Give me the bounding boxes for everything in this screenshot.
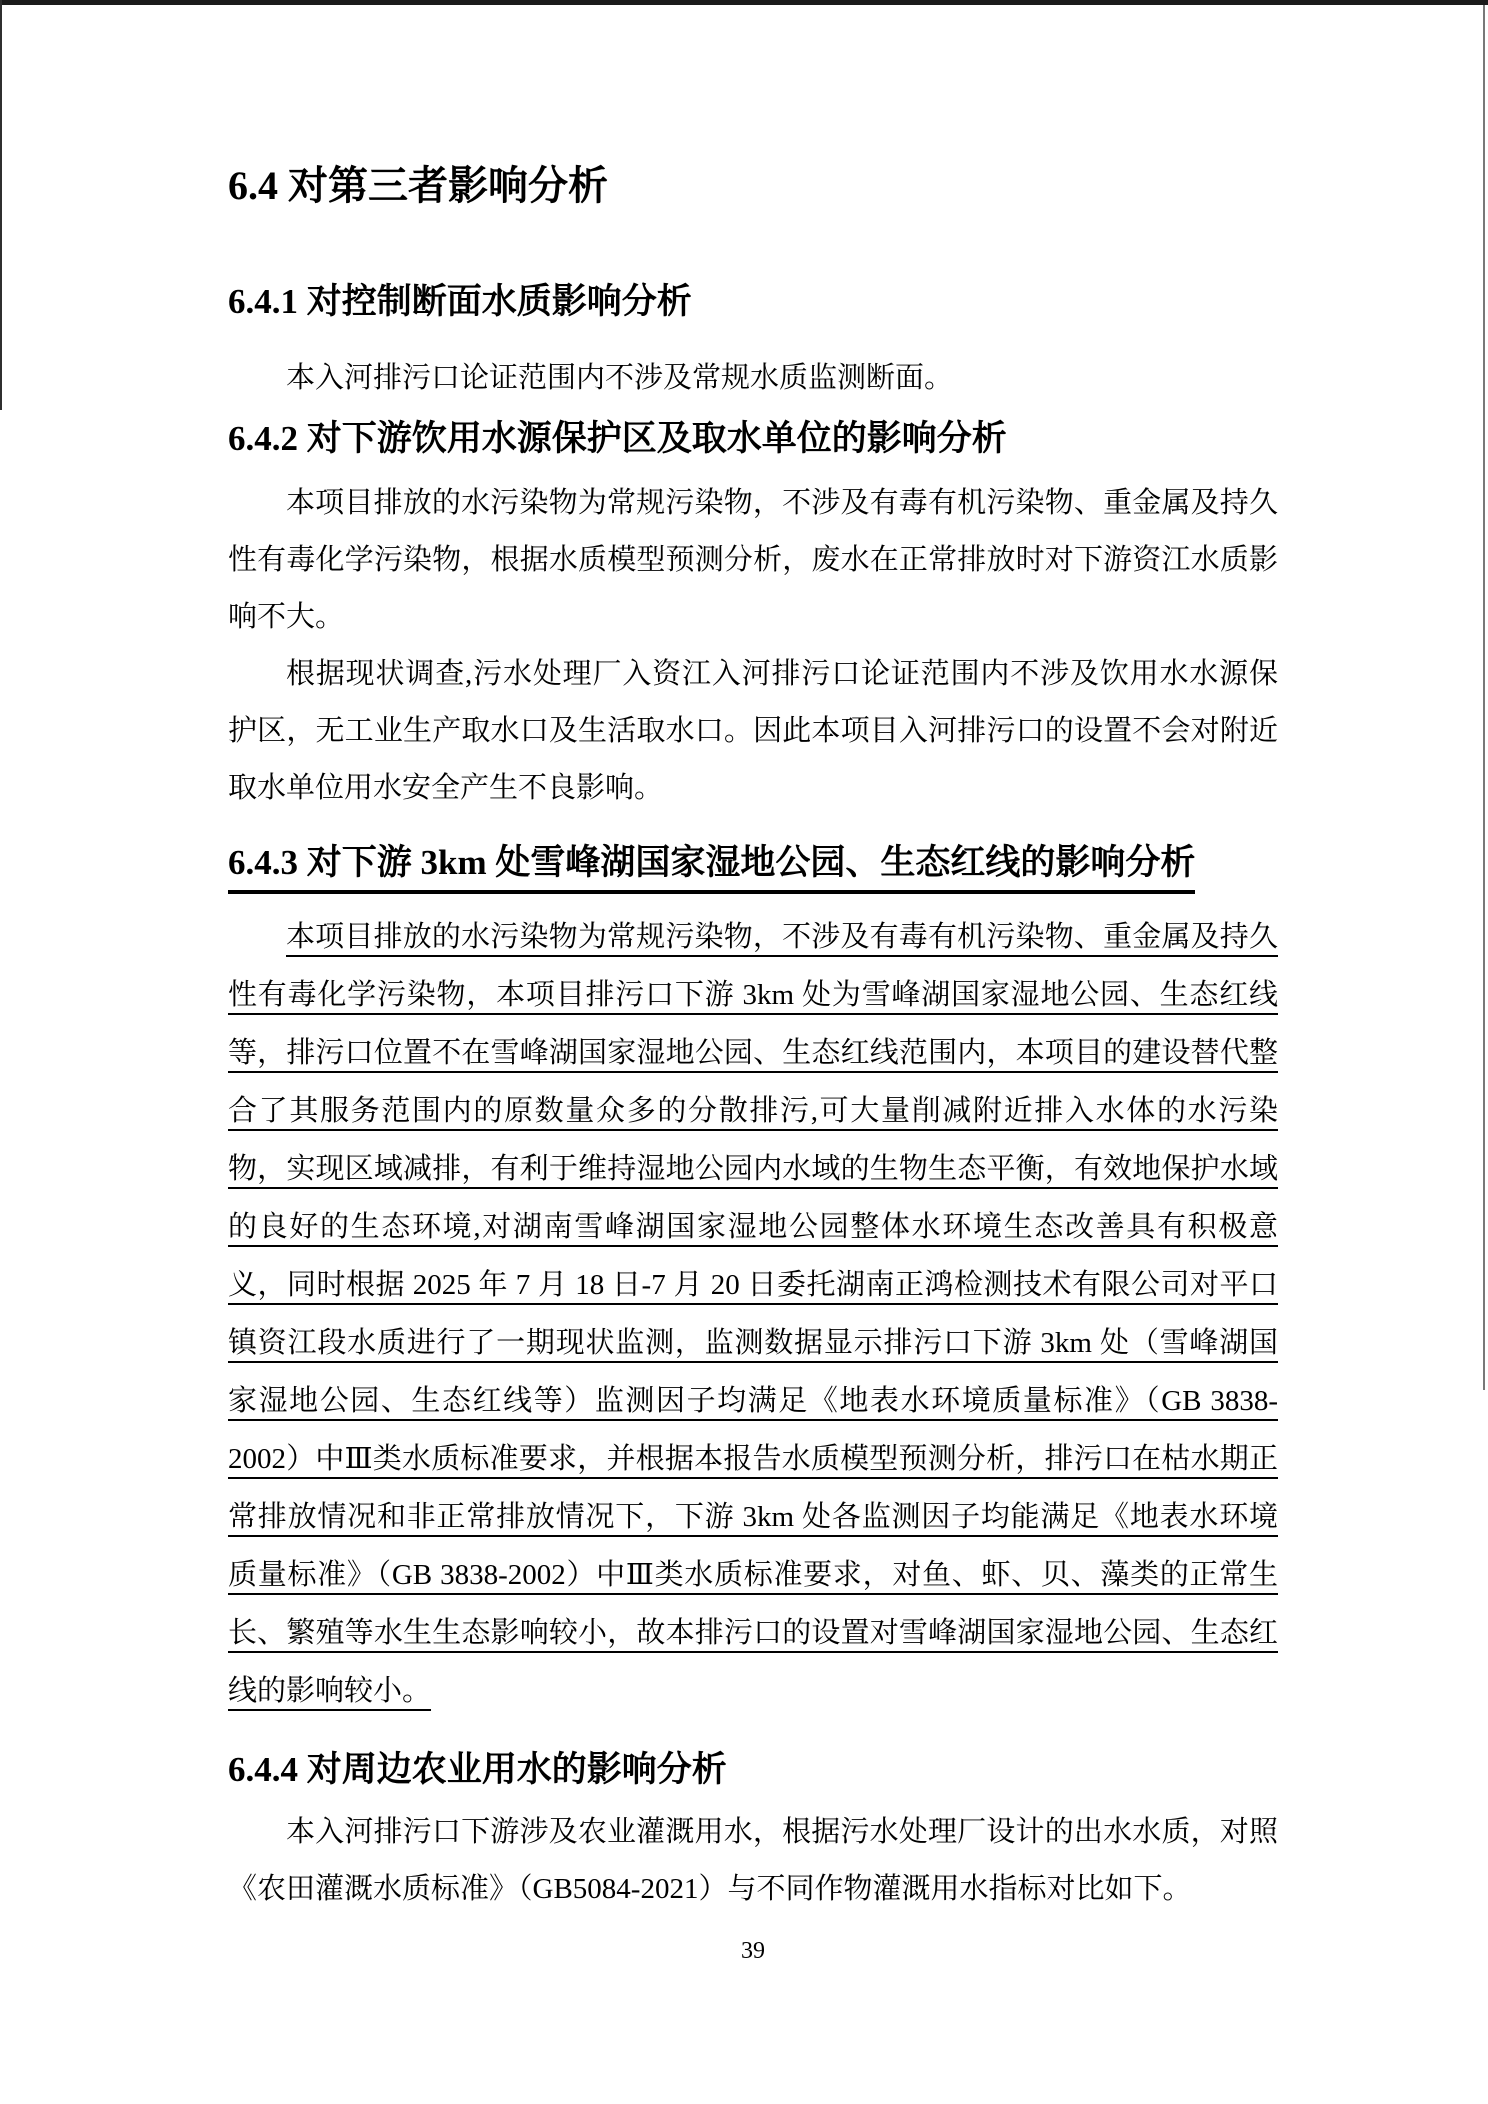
section-heading-6-4: 6.4 对第三者影响分析 [228,162,1278,210]
page-number: 39 [228,1936,1278,1966]
page-content: 6.4 对第三者影响分析 6.4.1 对控制断面水质影响分析 本入河排污口论证范… [228,140,1278,1918]
paragraph-6-4-2-2: 根据现状调查,污水处理厂入资江入河排污口论证范围内不涉及饮用水水源保护区，无工业… [228,646,1278,817]
paragraph-6-4-3: 本项目排放的水污染物为常规污染物，不涉及有毒有机污染物、重金属及持久性有毒化学污… [228,908,1278,1720]
paragraph-6-4-2-1: 本项目排放的水污染物为常规污染物，不涉及有毒有机污染物、重金属及持久性有毒化学污… [228,475,1278,646]
page-left-border [0,0,2,410]
section-heading-6-4-2: 6.4.2 对下游饮用水源保护区及取水单位的影响分析 [228,417,1278,461]
section-heading-6-4-1: 6.4.1 对控制断面水质影响分析 [228,280,1278,324]
paragraph-6-4-1: 本入河排污口论证范围内不涉及常规水质监测断面。 [228,350,1278,407]
document-page: 6.4 对第三者影响分析 6.4.1 对控制断面水质影响分析 本入河排污口论证范… [0,0,1488,2104]
section-heading-6-4-4: 6.4.4 对周边农业用水的影响分析 [228,1748,1278,1792]
page-right-border [1483,5,1485,1390]
page-top-border [0,0,1488,5]
paragraph-6-4-4: 本入河排污口下游涉及农业灌溉用水，根据污水处理厂设计的出水水质，对照《农田灌溉水… [228,1804,1278,1918]
section-heading-6-4-3-text: 6.4.3 对下游 3km 处雪峰湖国家湿地公园、生态红线的影响分析 [228,841,1195,894]
section-heading-6-4-3: 6.4.3 对下游 3km 处雪峰湖国家湿地公园、生态红线的影响分析 [228,841,1278,894]
